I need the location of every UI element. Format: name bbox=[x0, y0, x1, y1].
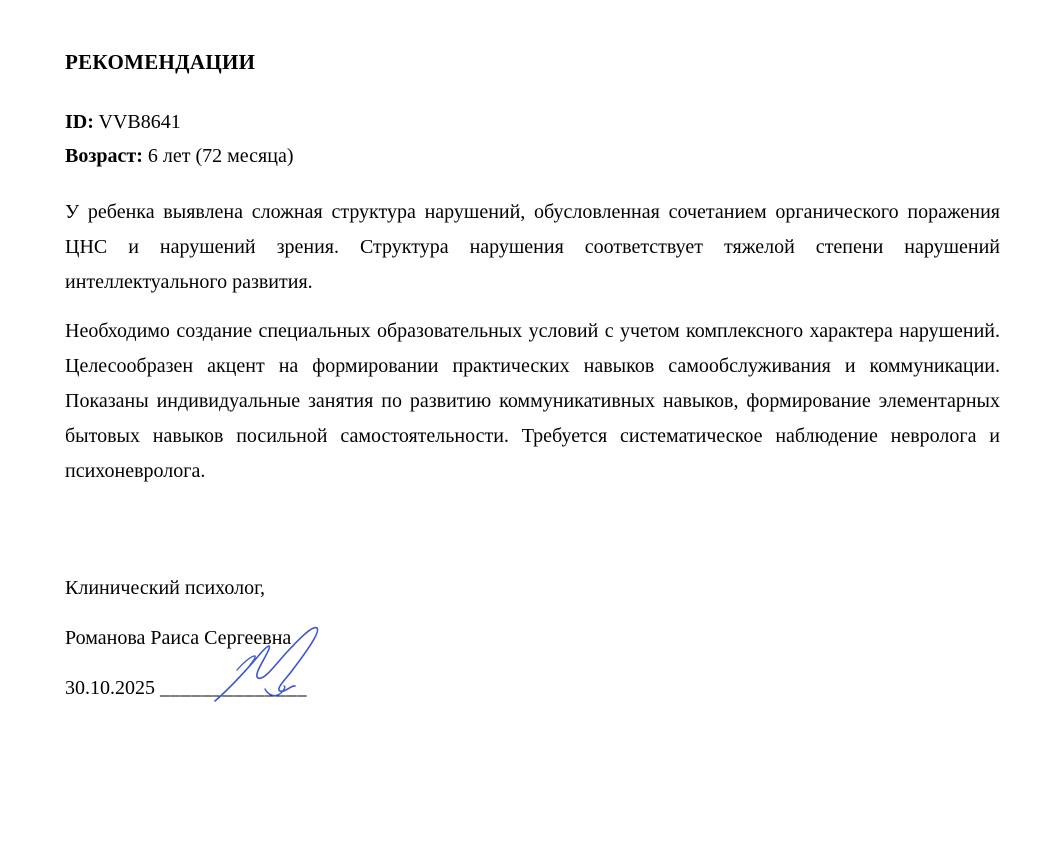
signature-date: 30.10.2025 bbox=[65, 677, 155, 699]
signature-line: ______________ bbox=[160, 677, 307, 699]
field-age-value: 6 лет (72 месяца) bbox=[148, 145, 294, 167]
field-id-label: ID: bbox=[65, 111, 94, 133]
field-id-value: VVB8641 bbox=[99, 111, 181, 133]
document-title: РЕКОМЕНДАЦИИ bbox=[65, 50, 1000, 75]
signer-role: Клинический психолог, bbox=[65, 577, 1000, 599]
signer-name: Романова Раиса Сергеевна bbox=[65, 627, 1000, 649]
document-page: РЕКОМЕНДАЦИИ ID: VVB8641 Возраст: 6 лет … bbox=[0, 0, 1040, 848]
field-id: ID: VVB8641 bbox=[65, 105, 1000, 139]
paragraph-recommendations: Необходимо создание специальных образова… bbox=[65, 314, 1000, 489]
paragraph-diagnosis: У ребенка выявлена сложная структура нар… bbox=[65, 195, 1000, 300]
signature-block: Клинический психолог, Романова Раиса Сер… bbox=[65, 577, 1000, 699]
field-age: Возраст: 6 лет (72 месяца) bbox=[65, 139, 1000, 173]
date-line: 30.10.2025 ______________ bbox=[65, 677, 1000, 699]
field-age-label: Возраст: bbox=[65, 145, 143, 167]
